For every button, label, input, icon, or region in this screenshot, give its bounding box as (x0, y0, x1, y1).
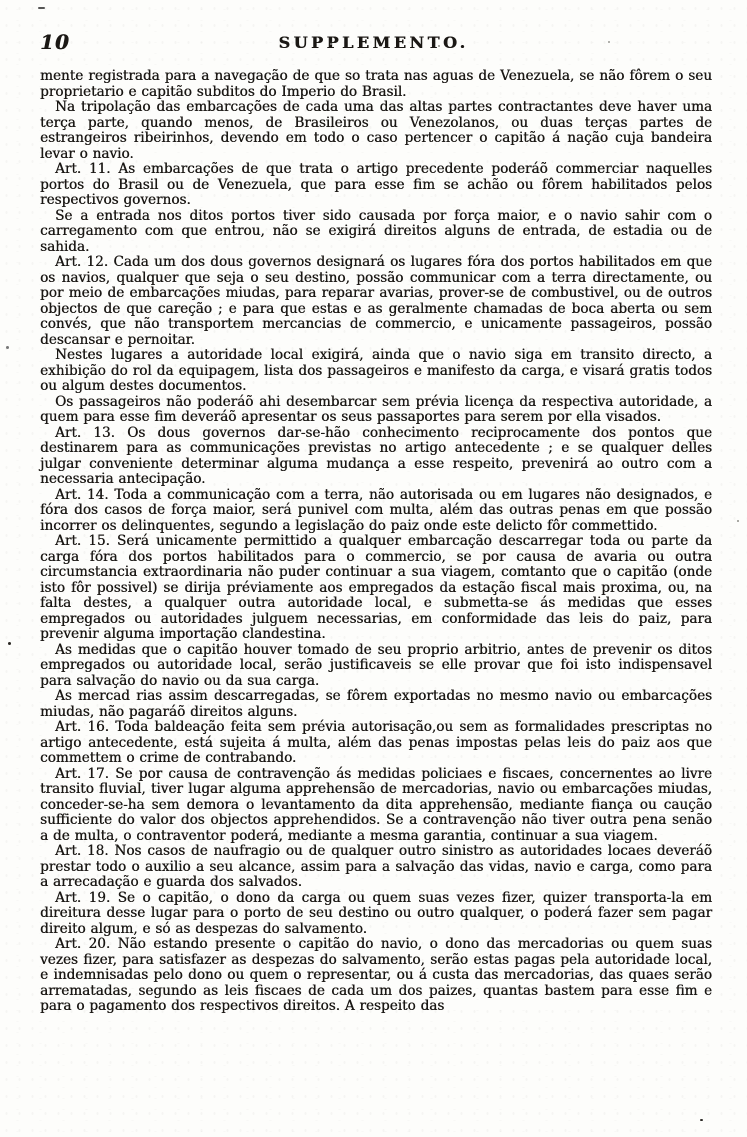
paragraph-continuation: mente registrada para a navegação de que… (40, 69, 712, 100)
article-18: Art. 18. Nos casos de naufragio ou de qu… (40, 844, 712, 891)
article-16: Art. 16. Toda baldeação feita sem prévia… (40, 720, 712, 767)
article-12-paragraph-3: Os passageiros não poderáõ ahi desembarc… (40, 395, 712, 426)
article-17: Art. 17. Se por causa de contravenção ás… (40, 767, 712, 845)
article-15: Art. 15. Será unicamente permittido a qu… (40, 534, 712, 643)
scan-speck (438, 45, 440, 47)
article-12-paragraph-2: Nestes lugares a autoridade local exigir… (40, 348, 712, 395)
article-14: Art. 14. Toda a communicação com a terra… (40, 488, 712, 535)
article-13: Art. 13. Os dous governos dar-se-hão con… (40, 426, 712, 488)
article-15-paragraph-2: As medidas que o capitão houver tomado d… (40, 643, 712, 690)
page-number: 10 (40, 30, 70, 54)
article-11: Art. 11. As embarcações de que trata o a… (40, 162, 712, 209)
article-19: Art. 19. Se o capitão, o dono da carga o… (40, 891, 712, 938)
scan-speck (700, 1119, 703, 1121)
scan-speck (608, 41, 610, 43)
article-15-paragraph-3: As mercad rias assim descarregadas, se f… (40, 689, 712, 720)
paragraph-crew-composition: Na tripolação das embarcações de cada um… (40, 100, 712, 162)
scan-speck (737, 520, 739, 522)
article-12: Art. 12. Cada um dos dous governos desig… (40, 255, 712, 348)
scan-speck (8, 642, 11, 645)
article-20: Art. 20. Não estando presente o capitão … (40, 937, 712, 1015)
article-11-paragraph-2: Se a entrada nos ditos portos tiver sido… (40, 209, 712, 256)
page-title: SUPPLEMENTO. (0, 30, 747, 52)
scan-speck (38, 7, 45, 9)
scan-speck (330, 43, 332, 45)
scan-speck (6, 346, 9, 349)
page-header: 10 SUPPLEMENTO. (0, 30, 747, 56)
document-body: mente registrada para a navegação de que… (40, 69, 712, 1015)
scanned-document-page: 10 SUPPLEMENTO. mente registrada para a … (0, 0, 747, 1137)
